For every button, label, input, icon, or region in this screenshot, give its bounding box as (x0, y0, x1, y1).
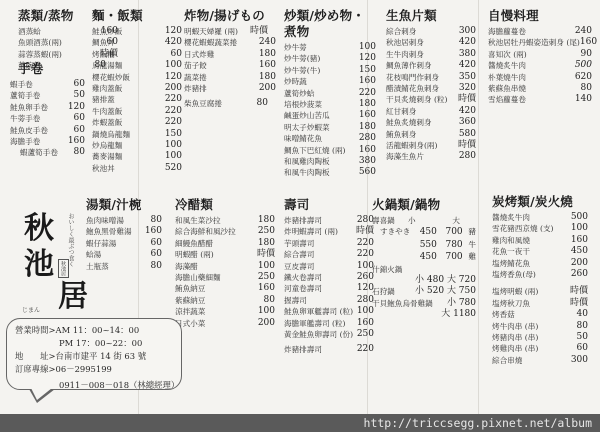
menu-item: 味噌鯖花魚280 (284, 133, 376, 144)
menu-item: 豬排蓋220 (92, 94, 182, 105)
menu-item: 炒牛蒡100 (284, 42, 376, 53)
menu-item: 雞肉蓋飯200 (92, 83, 182, 94)
menu-item: 炸明蝦壽司 (兩)時價 (284, 226, 374, 237)
menu-item: 雞肉和風燒160 (492, 235, 588, 246)
menu-item: 柴魚豆腐捲80 (184, 98, 276, 109)
menu-item: 石狩鍋小 520 大 750 (372, 286, 476, 297)
logo-char-1: 秋 (24, 213, 54, 245)
menu-item: 牛肉蓋飯220 (92, 106, 182, 117)
menu-item: 什錦火鍋 (372, 264, 476, 275)
menu-item: 花魚一夜干450 (492, 246, 588, 257)
menu-item: 櫻花蝦炒飯120 (92, 72, 182, 83)
phone: 訂席專線>06－2995199 (15, 363, 173, 376)
menu-item: 豆皮壽司100 (284, 261, 374, 272)
menu-item: 朴葉燒牛肉620 (488, 72, 592, 83)
menu-item: 蕎麥湯麵100 (92, 151, 182, 162)
section-title: 手卷 (10, 61, 85, 77)
menu-item: 烤豬肉串 (串)50 (492, 332, 588, 343)
menu-item: 烤飯糰60 (92, 49, 182, 60)
menu-item: 蝦蘆筍手卷80 (10, 147, 85, 158)
menu-item: 鮭魚皮手卷60 (10, 125, 85, 136)
menu-item: 塩烤秋刀魚時價 (492, 298, 588, 309)
section-hand-rolls: 手卷 蝦手卷60 蘆筍手卷50 鮭魚卵手卷120 牛蒡手卷60 鮭魚皮手卷60 … (10, 61, 85, 159)
menu-item: 蝦手卷60 (10, 79, 85, 90)
menu-item: 450 700 雞 (372, 251, 476, 263)
menu-item: 醬燒炙牛肉500 (488, 60, 592, 71)
logo-char-2: 池 (24, 249, 54, 281)
menu-item: 炸蝦蓋飯220 (92, 117, 182, 128)
store-info-bubble: 營業時間>AM 11：00~14：00 PM 17：00~22：00 地 址>台… (6, 318, 182, 390)
menu-item: 鮑魚黑骨雞湯160 (86, 226, 162, 237)
menu-item: 干貝炙燒刺身 (粒)時價 (386, 94, 476, 105)
menu-item: 鮪魚納豆160 (175, 283, 275, 294)
menu-item: 塩烤香魚(母)260 (492, 269, 588, 280)
menu-item: 綜合串燒300 (492, 355, 588, 366)
section-title: 炒類/炒め物・煮物 (284, 8, 376, 40)
section-title: 麵・飯類 (92, 8, 182, 24)
menu-item: 鯛魚下巴紅燒 (兩)160 (284, 145, 376, 156)
menu-item: 蔬菜捲180 (184, 72, 276, 83)
menu-item: 土瓶蒸80 (86, 261, 162, 272)
menu-item: 和風雞肉陶板380 (284, 156, 376, 167)
hours-pm: PM 17：00~22：00 (15, 337, 173, 350)
menu-item: 雪焰蘿蔓卷140 (488, 94, 592, 105)
section-title: 自慢料理 (488, 8, 592, 24)
menu-item: 和風生菜沙拉180 (175, 215, 275, 226)
menu-item: 蛤湯60 (86, 249, 162, 260)
menu-item: 烤雞肉串 (串)60 (492, 343, 588, 354)
menu-item: 明蝦天婦羅 (兩)時價 (184, 26, 276, 37)
section-specialties: 自慢料理 海膽蘿蔓卷240 秋池居牡丹蝦姿造刺身 (尾)160 喜知次 (兩)9… (488, 8, 592, 106)
menu-item: 蘆筍手卷50 (10, 90, 85, 101)
menu-item: 塩烤鯖花魚200 (492, 258, 588, 269)
section-title: 炭烤類/炭火燒 (492, 194, 588, 210)
menu-item: 烤香菇40 (492, 309, 588, 320)
section-sashimi: 生魚片類 綜合刺身300 秋池居刺身420 生牛肉刺身380 鯛魚薄作刺身420… (386, 8, 476, 163)
menu-item: 鮭魚卵軍艦壽司 (粒)100 (284, 306, 374, 317)
fold-line (478, 0, 479, 432)
menu-item: 秋池居牡丹蝦姿造刺身 (尾)160 (488, 37, 592, 48)
menu-item: 紫蘇納豆80 (175, 295, 275, 306)
menu-item: 生牛肉刺身380 (386, 49, 476, 60)
menu-item: 鮭魚炒飯120 (92, 26, 182, 37)
address: 地 址>台南市建平 14 街 63 號 (15, 350, 173, 363)
menu-item: 海膽山藥細麵250 (175, 272, 275, 283)
menu-item: 蝦仔蒜湯60 (86, 238, 162, 249)
menu-item: すきやき 450 700 豬 (372, 226, 476, 238)
menu-item: 細鰻魚醋醋180 (175, 238, 275, 249)
menu-item: 培根炒菠菜180 (284, 99, 376, 110)
section-title: 生魚片類 (386, 8, 476, 24)
menu-item: 炒時蔬160 (284, 76, 376, 87)
menu-item: 烏龍湯麵100 (92, 60, 182, 71)
menu-item: 鍋燒烏龍麵150 (92, 129, 182, 140)
menu-item: 和風牛肉陶板560 (284, 167, 376, 178)
menu-item: 鯛魚丼420 (92, 37, 182, 48)
menu-item: 握壽司280 (284, 295, 374, 306)
menu-item: 炒烏龍麵100 (92, 140, 182, 151)
menu-item: 鮭魚炙燒刺身360 (386, 117, 476, 128)
menu-item: 炸豬排壽司280 (284, 215, 374, 226)
logo-reading: じまん (22, 305, 40, 314)
menu-item: 花枝鳴門作刺身350 (386, 72, 476, 83)
menu-item: 烤牛肉串 (串)80 (492, 321, 588, 332)
menu-item: 鮭魚卵手卷120 (10, 102, 85, 113)
section-title: 冷醋類 (175, 197, 275, 213)
menu-item: 綜合海鮮和風沙拉250 (175, 226, 275, 237)
section-stir-fried: 炒類/炒め物・煮物 炒牛蒡100 炒牛蒡(豬)120 炒牛蒡(牛)150 炒時蔬… (284, 8, 376, 179)
section-title: 湯類/汁椀 (86, 197, 162, 213)
menu-item: 秋池居刺身420 (386, 37, 476, 48)
menu-item: 黃金鮭魚卵壽司 (份)250 (284, 329, 374, 340)
menu-item: 河童卷壽司120 (284, 283, 374, 294)
menu-item: 茄子餃160 (184, 60, 276, 71)
menu-item: 海膽軍艦壽司 (粒)160 (284, 318, 374, 329)
sukiyaki-header: 壽喜鍋 小大 (372, 215, 476, 226)
menu-item: 櫻花蝦蝦蔬菜捲240 (184, 37, 276, 48)
logo-char-3: 居 (58, 281, 88, 313)
menu-item: 炸豬排200 (184, 83, 276, 94)
section-hotpot: 火鍋類/鍋物 壽喜鍋 小大 すきやき 450 700 豬 550 780 牛 4… (372, 197, 476, 321)
menu-item: 炒牛蒡(牛)150 (284, 65, 376, 76)
watermark-url: http://triccsegg.pixnet.net/album (0, 414, 600, 432)
menu-item: 醬燒炙牛肉500 (492, 212, 588, 223)
menu-item: 紅甘刺身420 (386, 106, 476, 117)
menu-item: 芋頭壽司220 (284, 238, 374, 249)
menu-item: 綜合壽司220 (284, 249, 374, 260)
menu-item: 海藻醋100 (175, 261, 275, 272)
section-noodles-rice: 麵・飯類 鮭魚炒飯120 鯛魚丼420 烤飯糰60 烏龍湯麵100 櫻花蝦炒飯1… (92, 8, 182, 174)
section-title: 壽司 (284, 197, 374, 213)
menu-item: 海膽手卷160 (10, 136, 85, 147)
menu-item: 大 1180 (372, 309, 476, 320)
menu-item: 日式小菜200 (175, 318, 275, 329)
section-fried: 炸物/揚げもの 明蝦天婦羅 (兩)時價 櫻花蝦蝦蔬菜捲240 日式炸雞180 茄… (184, 8, 276, 110)
menu-item: 明蝦醋 (兩)時價 (175, 249, 275, 260)
menu-item: 活龍蝦刺身(兩)時價 (386, 140, 476, 151)
menu-item: 紫蘇魚串燒80 (488, 83, 592, 94)
section-title: 炸物/揚げもの (184, 8, 276, 24)
menu-item: 魚肉味噌湯80 (86, 215, 162, 226)
menu-item: 550 780 牛 (372, 239, 476, 251)
section-sushi: 壽司 炸豬排壽司280 炸明蝦壽司 (兩)時價 芋頭壽司220 綜合壽司220 … (284, 197, 374, 356)
menu-item: 牛蒡手卷60 (10, 113, 85, 124)
menu-item: 鮪魚刺身580 (386, 129, 476, 140)
section-grilled: 炭烤類/炭火燒 醬燒炙牛肉500 雪花豬西京燒 (支)100 雞肉和風燒160 … (492, 194, 588, 366)
hours-am: 營業時間>AM 11：00~14：00 (15, 324, 173, 337)
menu-item: 塩烤明蝦 (兩)時價 (492, 286, 588, 297)
menu-item: 炒牛蒡(豬)120 (284, 53, 376, 64)
menu-item: 涼拌蔬菜100 (175, 306, 275, 317)
menu-item: 干貝鮑魚烏骨雞鍋小 780 (372, 298, 476, 309)
menu-item: 鐵火卷壽司260 (284, 272, 374, 283)
section-soups: 湯類/汁椀 魚肉味噌湯80 鮑魚黑骨雞湯160 蝦仔蒜湯60 蛤湯60 土瓶蒸8… (86, 197, 162, 272)
menu-item: 鯛魚薄作刺身420 (386, 60, 476, 71)
menu-item: 海藻生魚片280 (386, 151, 476, 162)
menu-item: 秋池丼520 (92, 163, 182, 174)
menu-item: 雪花豬西京燒 (支)100 (492, 223, 588, 234)
section-cold: 冷醋類 和風生菜沙拉180 綜合海鮮和風沙拉250 細鰻魚醋醋180 明蝦醋 (… (175, 197, 275, 329)
menu-item: 明太子炒蝦菜180 (284, 122, 376, 133)
menu-item: 小 480 大 720 (372, 275, 476, 286)
menu-item: 鹹蛋炒山苦瓜160 (284, 110, 376, 121)
menu-item: 綜合刺身300 (386, 26, 476, 37)
menu-item: 海膽蘿蔓卷240 (488, 26, 592, 37)
logo-stamp: 秋池居 (58, 259, 69, 278)
menu-item: 炸豬排壽司220 (284, 344, 374, 355)
menu-item: 蘆筍炒蛤220 (284, 88, 376, 99)
section-title: 火鍋類/鍋物 (372, 197, 476, 213)
menu-item: 醋漬鯖花魚刺身320 (386, 83, 476, 94)
menu-item: 喜知次 (兩)90 (488, 49, 592, 60)
menu-item: 日式炸雞180 (184, 49, 276, 60)
